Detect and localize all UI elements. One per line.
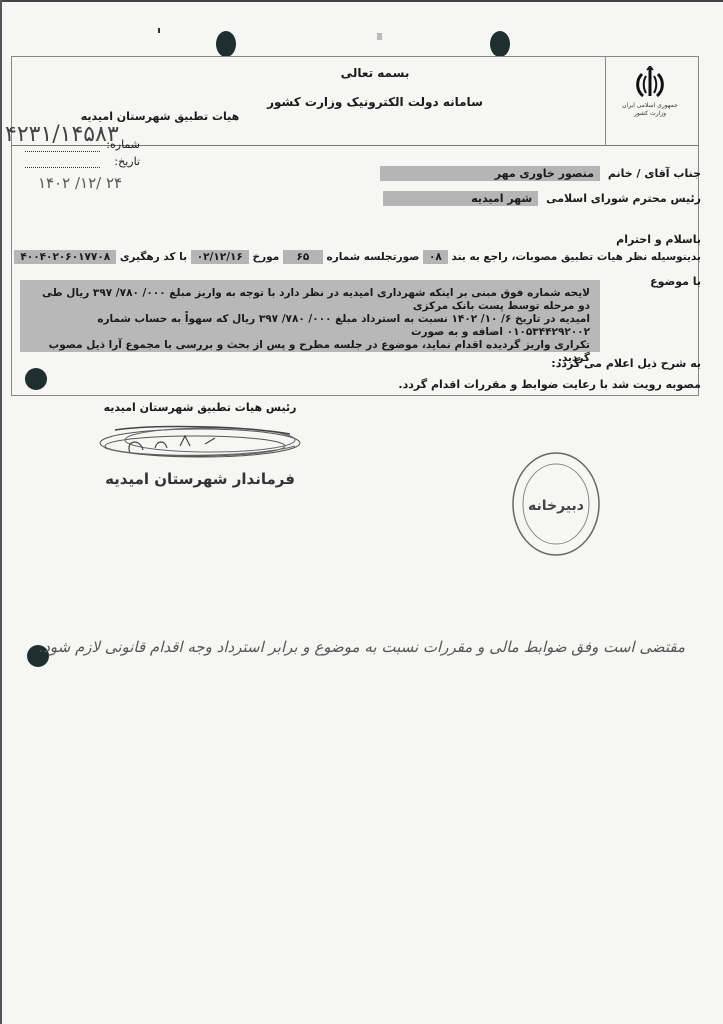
punch-hole	[490, 31, 510, 57]
signatory-title: رئیس هیات تطبیق شهرستان امیدیه	[100, 401, 300, 414]
clause-number: ۰۸	[423, 250, 448, 264]
minutes-label: صورتجلسه شماره	[327, 251, 420, 263]
logo-caption-line2: وزارت کشور	[620, 110, 680, 118]
decision-text: مصوبه رویت شد با رعایت ضوابط و مقررات اق…	[398, 378, 701, 391]
document-page: جمهوری اسلامی ایران وزارت کشور بسمه تعال…	[0, 0, 723, 1024]
recipient-title-label: رئیس محترم شورای اسلامی	[546, 192, 701, 205]
punch-hole	[216, 31, 236, 57]
minutes-number: ۶۵	[283, 250, 323, 264]
subject-label: با موضوع	[650, 275, 701, 288]
scan-edge-top	[0, 0, 723, 2]
intro-prefix: بدینوسیله نظر هیات تطبیق مصوبات، راجع به…	[452, 251, 702, 263]
signature-scribble-icon	[95, 418, 305, 468]
scan-speck	[377, 33, 382, 40]
tracking-label: با کد رهگیری	[120, 251, 187, 263]
intro-line: بدینوسیله نظر هیات تطبیق مصوبات، راجع به…	[14, 250, 701, 264]
date-dotted-line	[25, 167, 100, 168]
minutes-date: ۰۲/۱۲/۱۶	[191, 250, 249, 264]
logo-divider	[605, 56, 606, 146]
subject-line: امیدیه در تاریخ ۶/ ۱۰/ ۱۴۰۲ نسبت به استر…	[30, 313, 590, 339]
scan-edge-left	[0, 0, 2, 1024]
logo-caption-line1: جمهوری اسلامی ایران	[620, 102, 680, 110]
handwritten-note: مقتضی است وفق ضوابط مالی و مقررات نسبت ب…	[115, 638, 685, 656]
greeting: باسلام و احترام	[616, 233, 701, 246]
subject-box: لایحه شماره فوق مبنی بر اینکه شهرداری ام…	[20, 280, 600, 352]
invocation-heading: بسمه تعالی	[250, 66, 500, 80]
tracking-code: ۴۰۰۴۰۲۰۶۰۱۷۷۰۸	[14, 250, 116, 264]
iran-emblem-icon	[633, 66, 667, 102]
recipient-row: جناب آقای / خانم منصور خاوری مهر	[380, 166, 701, 181]
salutation-label: جناب آقای / خانم	[608, 167, 701, 180]
recipient-name: منصور خاوری مهر	[380, 166, 600, 181]
scan-speck	[158, 28, 160, 33]
handwritten-letter-number: ۴۲۳۱/۱۴۵۸۳	[5, 122, 119, 147]
recipient-title-row: رئیس محترم شورای اسلامی شهر امیدیه	[383, 191, 701, 206]
date-label: تاریخ:	[100, 155, 140, 168]
system-name-heading: سامانه دولت الکترونیک وزارت کشور	[250, 95, 500, 109]
subject-line: لایحه شماره فوق مبنی بر اینکه شهرداری ام…	[30, 287, 590, 313]
number-dotted-line	[25, 151, 100, 152]
secretariat-stamp-icon: دبیرخانه	[510, 450, 602, 558]
stamp-center-text: دبیرخانه	[528, 498, 584, 514]
announcement: به شرح ذیل اعلام می گردد:	[551, 357, 701, 370]
handwritten-letter-date: ۱۴۰۲ /۱۲/ ۲۴	[38, 174, 122, 192]
recipient-city: شهر امیدیه	[383, 191, 538, 206]
subject-line: تکراری واریز گردیده اقدام نماید، موضوع د…	[30, 339, 590, 365]
signatory-name: فرماندار شهرستان امیدیه	[100, 470, 300, 488]
emblem-logo: جمهوری اسلامی ایران وزارت کشور	[620, 66, 680, 136]
dated-label: مورخ	[253, 251, 280, 263]
